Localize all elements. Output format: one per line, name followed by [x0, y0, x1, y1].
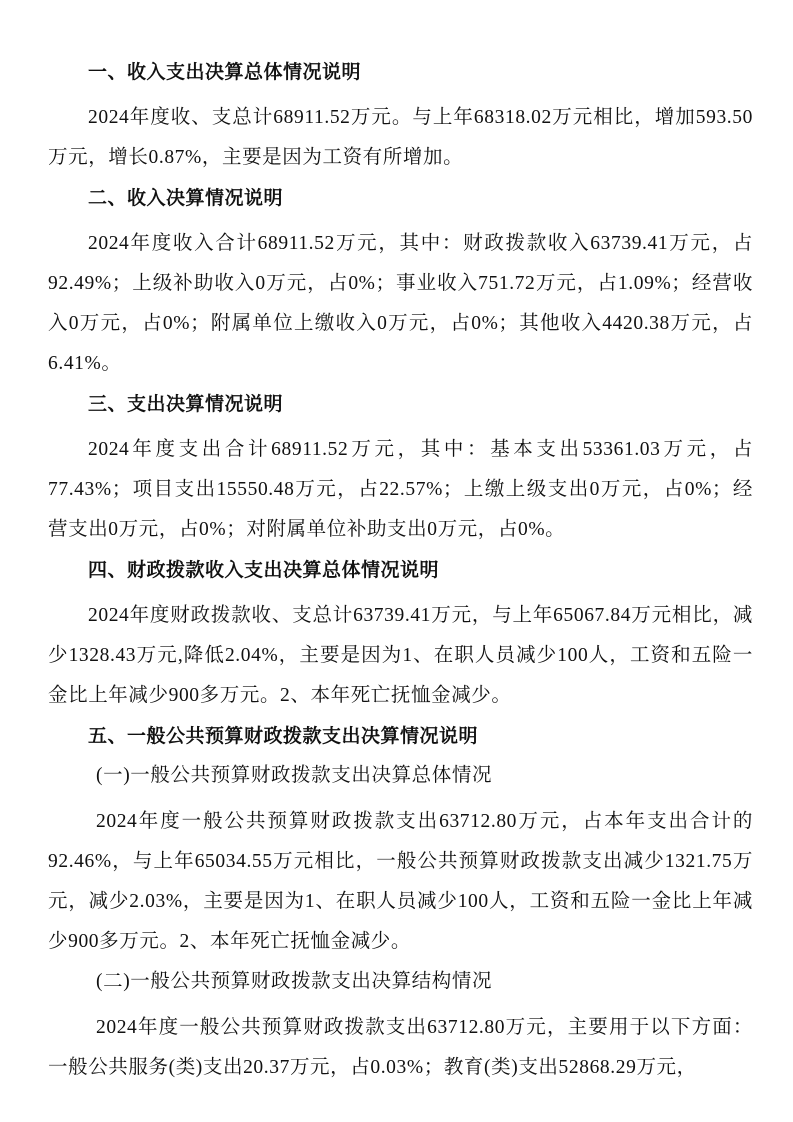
subsection-overall: (一)一般公共预算财政拨款支出决算总体情况 2024年度一般公共预算财政拨款支出… [48, 762, 753, 962]
subsection-heading: (二)一般公共预算财政拨款支出决算结构情况 [48, 968, 753, 996]
section-heading: 二、收入决算情况说明 [48, 184, 753, 212]
section-heading: 一、收入支出决算总体情况说明 [48, 58, 753, 86]
subsection-paragraph: 2024年度一般公共预算财政拨款支出63712.80万元，主要用于以下方面：一般… [48, 1008, 753, 1088]
subsection-structure: (二)一般公共预算财政拨款支出决算结构情况 2024年度一般公共预算财政拨款支出… [48, 968, 753, 1088]
section-fiscal-appropriation: 四、财政拨款收入支出决算总体情况说明 2024年度财政拨款收、支总计63739.… [48, 556, 753, 716]
section-heading: 五、一般公共预算财政拨款支出决算情况说明 [48, 722, 753, 750]
section-heading: 四、财政拨款收入支出决算总体情况说明 [48, 556, 753, 584]
section-general-public-budget: 五、一般公共预算财政拨款支出决算情况说明 (一)一般公共预算财政拨款支出决算总体… [48, 722, 753, 1088]
section-paragraph: 2024年度支出合计68911.52万元，其中：基本支出53361.03万元，占… [48, 430, 753, 550]
subsection-heading: (一)一般公共预算财政拨款支出决算总体情况 [48, 762, 753, 790]
section-revenue: 二、收入决算情况说明 2024年度收入合计68911.52万元，其中：财政拨款收… [48, 184, 753, 384]
section-paragraph: 2024年度收入合计68911.52万元，其中：财政拨款收入63739.41万元… [48, 224, 753, 384]
subsection-paragraph: 2024年度一般公共预算财政拨款支出63712.80万元，占本年支出合计的92.… [48, 802, 753, 962]
section-paragraph: 2024年度财政拨款收、支总计63739.41万元，与上年65067.84万元相… [48, 596, 753, 716]
section-heading: 三、支出决算情况说明 [48, 390, 753, 418]
section-overall-revenue-expenditure: 一、收入支出决算总体情况说明 2024年度收、支总计68911.52万元。与上年… [48, 58, 753, 178]
section-paragraph: 2024年度收、支总计68911.52万元。与上年68318.02万元相比，增加… [48, 98, 753, 178]
section-expenditure: 三、支出决算情况说明 2024年度支出合计68911.52万元，其中：基本支出5… [48, 390, 753, 550]
document-page: 一、收入支出决算总体情况说明 2024年度收、支总计68911.52万元。与上年… [48, 58, 753, 1094]
